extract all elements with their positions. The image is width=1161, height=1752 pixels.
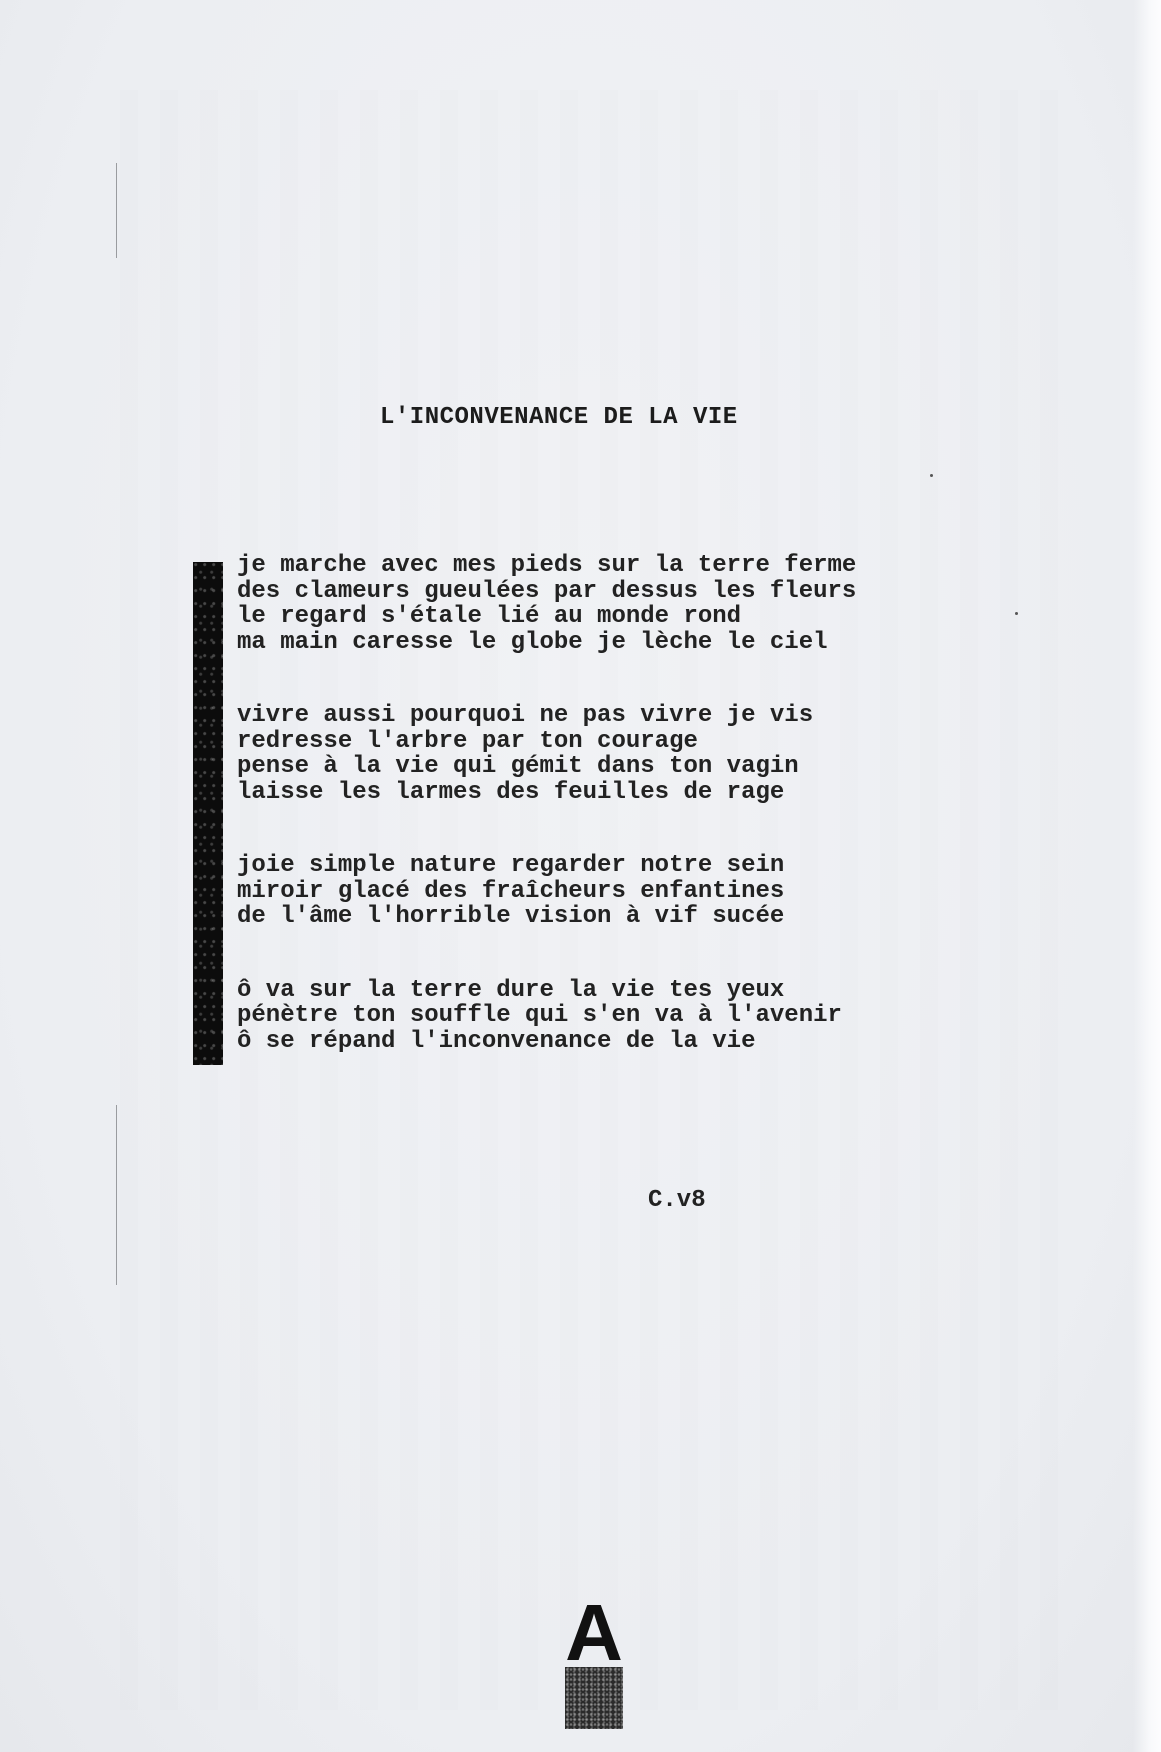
ink-speck bbox=[930, 474, 933, 477]
poem-line: des clameurs gueulées par dessus les fle… bbox=[237, 579, 856, 605]
poem-line: laisse les larmes des feuilles de rage bbox=[237, 780, 856, 806]
vertical-black-bar bbox=[193, 562, 223, 1065]
margin-mark bbox=[116, 1105, 117, 1285]
poem-line: pense à la vie qui gémit dans ton vagin bbox=[237, 754, 856, 780]
poem-line: je marche avec mes pieds sur la terre fe… bbox=[237, 553, 856, 579]
stanza-1: je marche avec mes pieds sur la terre fe… bbox=[237, 553, 856, 655]
poem-line: redresse l'arbre par ton courage bbox=[237, 729, 856, 755]
logo-a-icon: A bbox=[563, 1603, 625, 1663]
stanza-2: vivre aussi pourquoi ne pas vivre je vis… bbox=[237, 703, 856, 805]
poem-title: L'INCONVENANCE DE LA VIE bbox=[380, 404, 738, 431]
poem-line: de l'âme l'horrible vision à vif sucée bbox=[237, 904, 856, 930]
poem-line: miroir glacé des fraîcheurs enfantines bbox=[237, 879, 856, 905]
poem-line: joie simple nature regarder notre sein bbox=[237, 853, 856, 879]
stanza-4: ô va sur la terre dure la vie tes yeux p… bbox=[237, 978, 856, 1055]
logo-square-icon bbox=[565, 1667, 623, 1729]
poem-body: je marche avec mes pieds sur la terre fe… bbox=[237, 553, 856, 1054]
publisher-logo: A bbox=[563, 1603, 625, 1733]
stanza-3: joie simple nature regarder notre sein m… bbox=[237, 853, 856, 930]
poem-line: vivre aussi pourquoi ne pas vivre je vis bbox=[237, 703, 856, 729]
poem-line: ma main caresse le globe je lèche le cie… bbox=[237, 630, 856, 656]
poem-line: ô se répand l'inconvenance de la vie bbox=[237, 1029, 856, 1055]
poem-line: le regard s'étale lié au monde rond bbox=[237, 604, 856, 630]
page-edge bbox=[1133, 0, 1161, 1752]
margin-mark bbox=[116, 163, 117, 258]
author-signature: C.v8 bbox=[648, 1187, 706, 1214]
ink-speck bbox=[1015, 612, 1018, 615]
paper-page: L'INCONVENANCE DE LA VIE je marche avec … bbox=[0, 0, 1161, 1752]
poem-line: pénètre ton souffle qui s'en va à l'aven… bbox=[237, 1003, 856, 1029]
poem-line: ô va sur la terre dure la vie tes yeux bbox=[237, 978, 856, 1004]
